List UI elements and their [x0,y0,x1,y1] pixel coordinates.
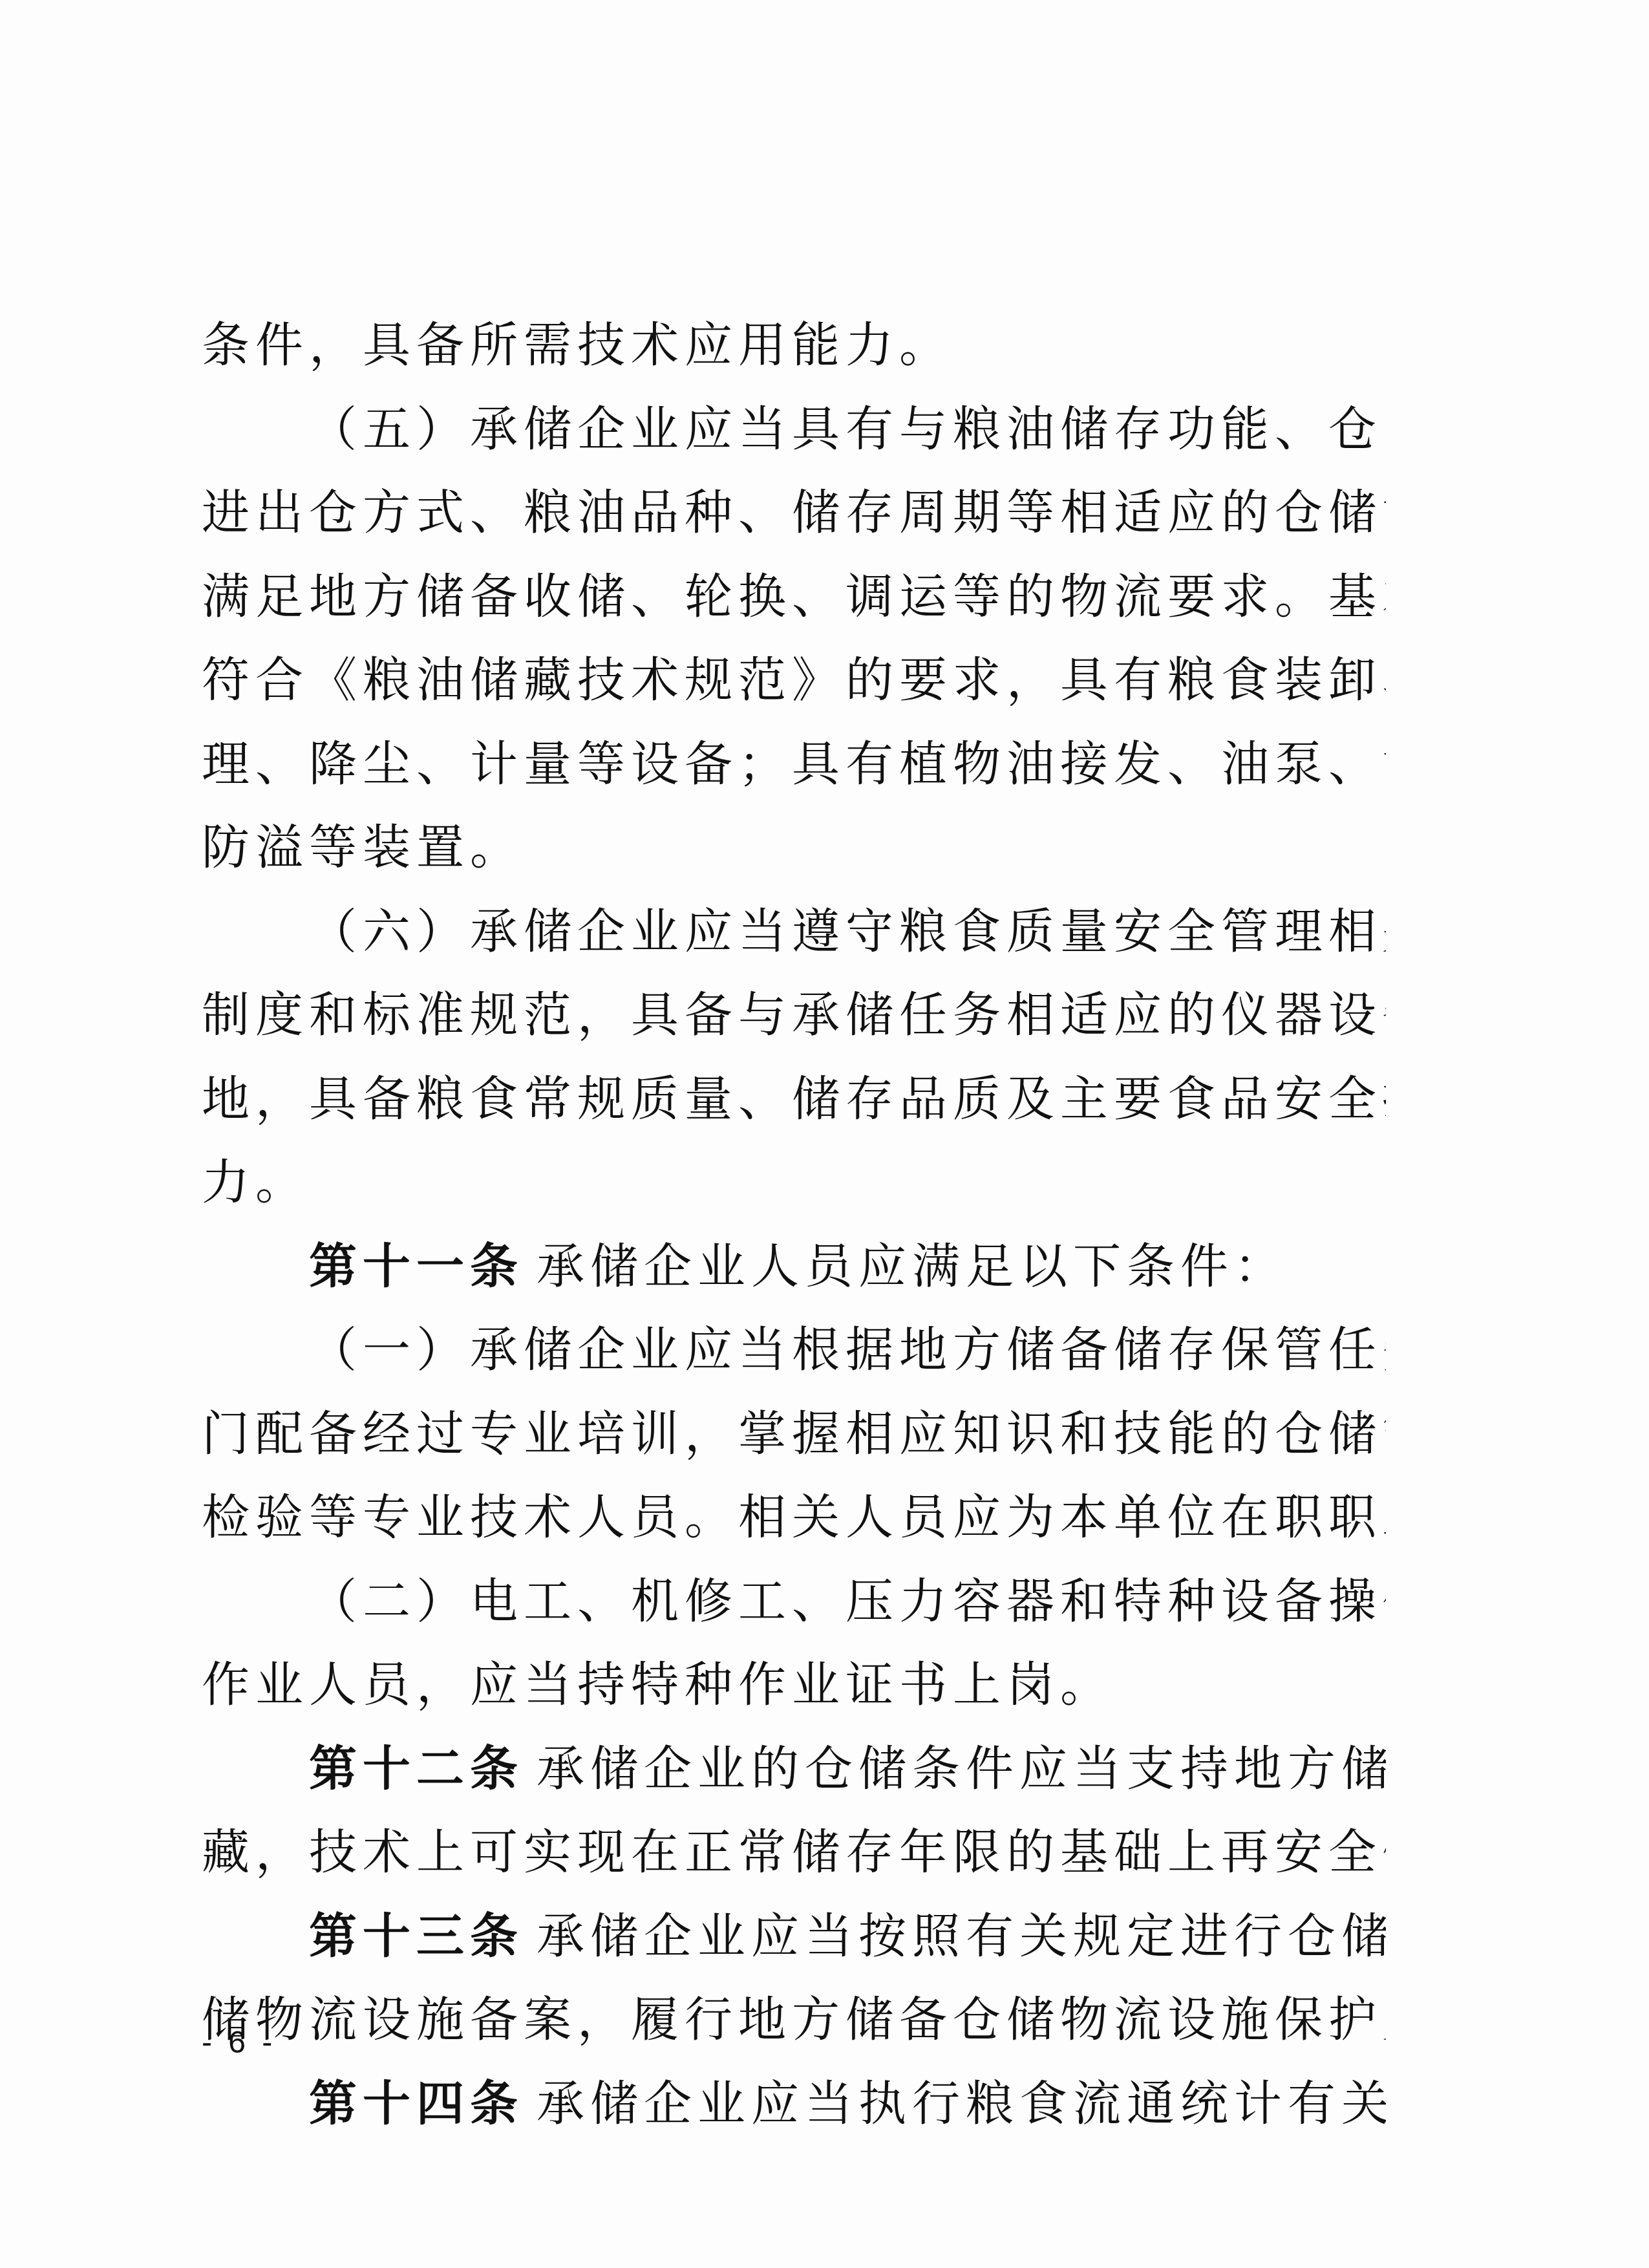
article-heading: 第十三条 [309,1909,524,1964]
article-text: 承储企业人员应满足以下条件： [537,1239,1288,1294]
text-line: 符合《粮油储藏技术规范》的要求，具有粮食装卸、输送、清 [202,639,1386,723]
article-heading: 第十四条 [309,2076,524,2132]
text-line: （五）承储企业应当具有与粮油储存功能、仓（罐）型、 [202,388,1386,472]
article-text: 承储企业应当按照有关规定进行仓储单位及仓 [537,1909,1386,1964]
text-line: 储物流设施备案，履行地方储备仓储物流设施保护义务。 [202,1978,1386,2062]
text-line: 条件，具备所需技术应用能力。 [202,304,1386,388]
article-12-line: 第十二条承储企业的仓储条件应当支持地方储备控温储 [202,1728,1386,1812]
article-text: 承储企业应当执行粮食流通统计有关规定，建立 [537,2076,1386,2132]
text-line: （一）承储企业应当根据地方储备储存保管任务需要，专 [202,1309,1386,1393]
text-line: 门配备经过专业培训，掌握相应知识和技能的仓储管理、质量 [202,1393,1386,1477]
text-line: 防溢等装置。 [202,806,1386,890]
article-13-line: 第十三条承储企业应当按照有关规定进行仓储单位及仓 [202,1895,1386,1979]
page-number: - 6 - [202,2025,276,2060]
text-line: 进出仓方式、粮油品种、储存周期等相适应的仓储设备条件， [202,471,1386,555]
text-line: 作业人员，应当持特种作业证书上岗。 [202,1643,1386,1728]
text-line: 理、降尘、计量等设备；具有植物油接发、油泵、计量、排水、 [202,723,1386,807]
text-line: 检验等专业技术人员。相关人员应为本单位在职职工。 [202,1476,1386,1560]
article-text: 承储企业的仓储条件应当支持地方储备控温储 [537,1741,1386,1797]
article-heading: 第十一条 [309,1239,524,1294]
text-line: （二）电工、机修工、压力容器和特种设备操作工等特种 [202,1560,1386,1644]
article-heading: 第十二条 [309,1741,524,1797]
text-line: 地，具备粮食常规质量、储存品质及主要食品安全指标检验能 [202,1058,1386,1142]
text-line: 满足地方储备收储、轮换、调运等的物流要求。基本设备应当 [202,555,1386,639]
text-line: 藏，技术上可实现在正常储存年限的基础上再安全储存１年。 [202,1811,1386,1895]
text-line: 制度和标准规范，具备与承储任务相适应的仪器设备、检验场 [202,974,1386,1058]
article-14-line: 第十四条承储企业应当执行粮食流通统计有关规定，建立 [202,2062,1386,2146]
text-line: （六）承储企业应当遵守粮食质量安全管理相关法律法规、 [202,890,1386,974]
document-body: 条件，具备所需技术应用能力。 （五）承储企业应当具有与粮油储存功能、仓（罐）型、… [202,304,1386,2146]
article-11-line: 第十一条承储企业人员应满足以下条件： [202,1225,1386,1309]
text-line: 力。 [202,1141,1386,1225]
